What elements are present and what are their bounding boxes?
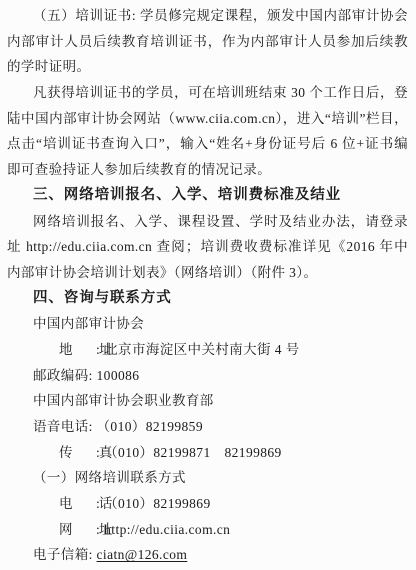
text-line: 陆中国内部审计协会网站（www.ciia.com.cn），进入“培训”栏目，	[7, 106, 408, 132]
contact-label: 网址	[33, 517, 96, 543]
text-line: 即可查验持证人参加后续教育的情况记录。	[7, 157, 408, 183]
contact-line: 地址:北京市海淀区中关村南大街 4 号	[7, 337, 408, 363]
text-line: 址 http://edu.ciia.com.cn 查阅；培训费收费标准详见《20…	[7, 234, 408, 260]
text-line: 凡获得培训证书的学员，可在培训班结束 30 个工作日后，登	[7, 80, 408, 106]
contact-value: 北京市海淀区中关村南大街 4 号	[104, 342, 299, 357]
label-colon: :	[96, 445, 104, 460]
section-heading: 三、网络培训报名、入学、培训费标准及结业	[7, 183, 408, 209]
text-line: 的学时证明。	[7, 54, 408, 80]
contact-value: （010）82199871 82199869	[104, 445, 282, 460]
text-line: 内部审计协会培训计划表》（网络培训）（附件 3）。	[7, 260, 408, 286]
contact-line: 电话:（010）82199869	[7, 491, 408, 517]
text-line: 内部审计人员后续教育培训证书，作为内部审计人员参加后续教育	[7, 29, 408, 55]
text-line: 语音电话: （010）82199859	[7, 414, 408, 440]
contact-line: 网址:http://edu.ciia.com.cn	[7, 517, 408, 543]
email-link[interactable]: ciatn@126.com	[97, 547, 188, 562]
contact-value: （010）82199869	[104, 496, 210, 511]
contact-value: http://edu.ciia.com.cn	[104, 522, 230, 537]
contact-label: 地址	[33, 337, 96, 363]
label-colon: :	[96, 342, 104, 357]
text-line: 网络培训报名、入学、课程设置、学时及结业办法，请登录网	[7, 209, 408, 235]
contact-label: 传真	[33, 440, 96, 466]
contact-label-text: 电子信箱:	[33, 547, 97, 562]
text-line: 中国内部审计协会	[7, 311, 408, 337]
label-colon: :	[96, 496, 104, 511]
text-line: （五）培训证书: 学员修完规定课程，颁发中国内部审计协会	[7, 3, 408, 29]
text-line: 点击“培训证书查询入口”，输入“姓名+身份证号后 6 位+证书编号”	[7, 131, 408, 157]
contact-line: 传真:（010）82199871 82199869	[7, 440, 408, 466]
label-colon: :	[96, 522, 104, 537]
section-heading: 四、咨询与联系方式	[7, 286, 408, 312]
text-line: 邮政编码: 100086	[7, 363, 408, 389]
text-line: 中国内部审计协会职业教育部	[7, 388, 408, 414]
contact-line: 电子信箱: ciatn@126.com	[7, 542, 408, 568]
contact-label: 电话	[33, 491, 96, 517]
document-page: （五）培训证书: 学员修完规定课程，颁发中国内部审计协会内部审计人员后续教育培训…	[0, 0, 416, 570]
text-line: （一）网络培训联系方式	[7, 465, 408, 491]
